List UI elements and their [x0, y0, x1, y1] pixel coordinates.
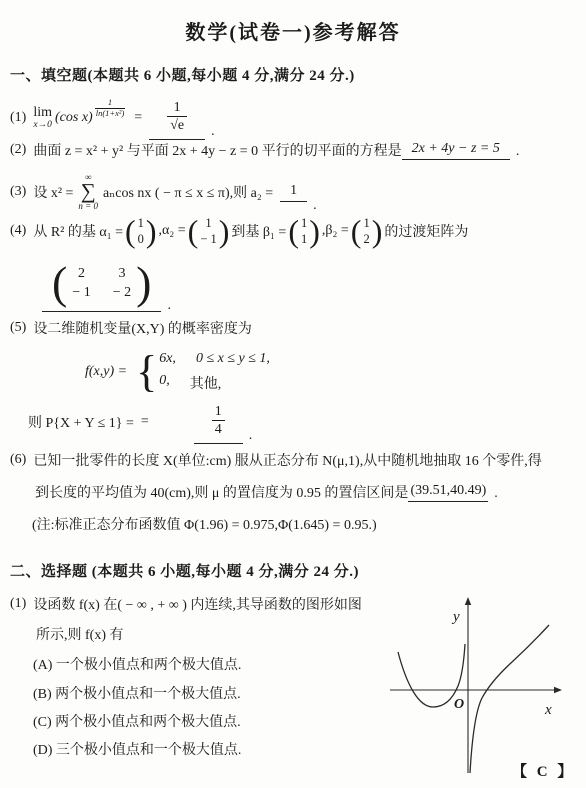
vector-alpha2: ( 1 − 1 )	[188, 215, 230, 248]
q6-period: .	[494, 486, 498, 502]
right-paren: )	[219, 215, 230, 247]
left-paren: (	[125, 215, 136, 247]
ans-denominator: √e	[167, 116, 187, 135]
sigma-symbol: ∑	[81, 182, 96, 202]
exp-numerator: 1	[108, 98, 112, 108]
vector-beta2: ( 1 2 )	[351, 215, 383, 248]
section2-question-1-line2: 所示,则 f(x) 有	[36, 624, 124, 644]
summation-construct: ∞ ∑ n = 0	[78, 173, 98, 211]
section1-heading: 一、填空题(本题共 6 小题,每小题 4 分,满分 24 分.)	[10, 64, 355, 85]
case1-condition: 0 ≤ x ≤ y ≤ 1,	[196, 351, 270, 367]
q1-base: (cos x)	[55, 110, 93, 126]
q4-label: (4)	[10, 223, 26, 239]
q6-note-text: (注:标准正态分布函数值 Φ(1.96) = 0.975,Φ(1.645) = …	[32, 514, 377, 534]
question-6-note: (注:标准正态分布函数值 Φ(1.96) = 0.975,Φ(1.645) = …	[32, 514, 377, 534]
matrix-2x2: ( 2 3 − 1 − 2 )	[42, 260, 161, 312]
vector-alpha1: ( 1 0 )	[125, 215, 157, 248]
q4-text5: 的过渡矩阵为	[384, 221, 468, 241]
s2q1-label: (1)	[10, 596, 26, 612]
y-axis-label: y	[451, 609, 460, 625]
q2-label: (2)	[10, 142, 26, 158]
y-axis-arrow-icon	[465, 597, 471, 605]
vec-entry: 2	[363, 231, 369, 247]
q4-text1: 从 R² 的基 α₁ =	[33, 221, 123, 241]
s2q1-text-line2: 所示,则 f(x) 有	[36, 624, 124, 644]
q1-equals: =	[134, 110, 142, 126]
left-paren: (	[288, 215, 299, 247]
ans-denominator: 4	[212, 420, 225, 439]
q5-equals: =	[141, 414, 149, 430]
question-4: (4) 从 R² 的基 α₁ = ( 1 0 ) ,α₂ = ( 1 − 1 )…	[10, 208, 468, 254]
question-2: (2) 曲面 z = x² + y² 与平面 2x + 4y − z = 0 平…	[10, 140, 519, 160]
right-paren: )	[372, 215, 383, 247]
curve-right-branch	[470, 625, 549, 773]
q5-label: (5)	[10, 320, 26, 336]
left-brace: {	[136, 350, 157, 394]
case2-value: 0,	[159, 373, 170, 393]
q3-answer: 1	[280, 182, 307, 202]
option-d-text: (D) 三个极小值点和一个极大值点.	[33, 739, 241, 759]
vec-entry: − 1	[200, 231, 216, 247]
matrix-cell: − 2	[113, 285, 131, 301]
option-c: (C) 两个极小值点和两个极大值点.	[33, 711, 241, 731]
q5-probability-line: 则 P{X + Y ≤ 1} = = 1 4 .	[28, 400, 252, 444]
q5-period: .	[249, 428, 253, 444]
lim-symbol: lim	[33, 106, 52, 120]
q6-text-line1: 已知一批零件的长度 X(单位:cm) 服从正态分布 N(μ,1),从中随机地抽取…	[33, 450, 541, 470]
exam-answer-sheet: 数学(试卷一)参考解答 一、填空题(本题共 6 小题,每小题 4 分,满分 24…	[0, 0, 586, 788]
left-paren: (	[52, 260, 67, 306]
vec-entry: 1	[301, 231, 307, 247]
q5-text2: 则 P{X + Y ≤ 1} =	[28, 412, 134, 432]
q3-label: (3)	[10, 184, 26, 200]
page-title: 数学(试卷一)参考解答	[0, 16, 586, 45]
q2-period: .	[516, 144, 520, 160]
q1-label: (1)	[10, 110, 26, 126]
exp-denominator: ln(1+x²)	[95, 108, 126, 119]
matrix-cell: 3	[113, 266, 131, 282]
vec-entry: 1	[205, 215, 211, 231]
answer-mark: 【 C 】	[512, 760, 575, 781]
lim-subscript: x→0	[33, 121, 51, 131]
option-a: (A) 一个极小值点和两个极大值点.	[33, 654, 241, 674]
case1-value: 6x,	[159, 351, 176, 367]
left-paren: (	[188, 215, 199, 247]
option-a-text: (A) 一个极小值点和两个极大值点.	[33, 654, 241, 674]
q4-text2: ,α₂ =	[159, 223, 186, 239]
right-paren: )	[136, 260, 151, 306]
s2q1-text-line1: 设函数 f(x) 在( − ∞ , + ∞ ) 内连续,其导函数的图形如图	[33, 594, 362, 614]
question-6-line2: 到长度的平均值为 40(cm),则 μ 的置信度为 0.95 的置信区间是 (3…	[35, 482, 498, 502]
vec-entry: 1	[363, 215, 369, 231]
section2-heading: 二、选择题 (本题共 6 小题,每小题 4 分,满分 24 分.)	[10, 560, 359, 581]
option-b: (B) 两个极小值点和一个极大值点.	[33, 683, 241, 703]
vec-entry: 0	[138, 231, 144, 247]
question-1: (1) lim x→0 (cos x) 1 ln(1+x²) = 1 √e .	[10, 96, 215, 140]
section2-question-1-line1: (1) 设函数 f(x) 在( − ∞ , + ∞ ) 内连续,其导函数的图形如…	[10, 594, 362, 614]
q2-text: 曲面 z = x² + y² 与平面 2x + 4y − z = 0 平行的切平…	[33, 140, 401, 160]
question-6-line1: (6) 已知一批零件的长度 X(单位:cm) 服从正态分布 N(μ,1),从中随…	[10, 450, 542, 470]
right-paren: )	[309, 215, 320, 247]
q6-text-line2: 到长度的平均值为 40(cm),则 μ 的置信度为 0.95 的置信区间是	[35, 482, 408, 502]
vec-entry: 1	[138, 215, 144, 231]
piecewise-cases: { 6x, 0 ≤ x ≤ y ≤ 1, 0, 其他,	[134, 350, 270, 394]
q5-answer: 1 4	[194, 401, 243, 444]
vector-beta1: ( 1 1 )	[288, 215, 320, 248]
q6-answer: (39.51,40.49)	[408, 482, 488, 502]
left-paren: (	[351, 215, 362, 247]
x-axis-label: x	[544, 702, 552, 718]
q1-exponent-fraction: 1 ln(1+x²)	[95, 98, 126, 119]
derivative-graph-figure: y O x	[383, 588, 583, 788]
option-b-text: (B) 两个极小值点和一个极大值点.	[33, 683, 241, 703]
q4-text4: ,β₂ =	[322, 223, 349, 239]
q3-pre: 设 x² =	[33, 182, 73, 202]
x-axis-arrow-icon	[554, 687, 562, 693]
ans-numerator: 1	[174, 99, 181, 117]
q5-density-function: f(x,y) = { 6x, 0 ≤ x ≤ y ≤ 1, 0, 其他,	[85, 346, 270, 398]
option-c-text: (C) 两个极小值点和两个极大值点.	[33, 711, 241, 731]
option-d: (D) 三个极小值点和一个极大值点.	[33, 739, 241, 759]
vec-entry: 1	[301, 215, 307, 231]
case2-condition: 其他,	[190, 373, 222, 393]
matrix-cell: − 1	[72, 285, 90, 301]
question-5: (5) 设二维随机变量(X,Y) 的概率密度为	[10, 318, 252, 338]
right-paren: )	[146, 215, 157, 247]
q1-answer: 1 √e	[149, 97, 205, 140]
ans-numerator: 1	[215, 403, 222, 421]
fxy-lhs: f(x,y) =	[85, 364, 127, 380]
derivative-graph: y O x	[383, 588, 583, 786]
q4-period: .	[167, 298, 171, 314]
q4-text3: 到基 β₁ =	[231, 221, 286, 241]
q1-period: .	[211, 124, 215, 140]
q6-label: (6)	[10, 452, 26, 468]
q3-post: aₙcos nx ( − π ≤ x ≤ π),则 a₂ =	[103, 182, 273, 202]
q5-text1: 设二维随机变量(X,Y) 的概率密度为	[33, 318, 252, 338]
limit-construct: lim x→0	[33, 106, 52, 131]
q4-answer-matrix: ( 2 3 − 1 − 2 ) .	[42, 258, 171, 314]
answer-fraction: 1 4	[212, 403, 225, 439]
origin-label: O	[454, 697, 464, 712]
matrix-cell: 2	[72, 266, 90, 282]
answer-fraction: 1 √e	[167, 99, 187, 135]
q2-answer: 2x + 4y − z = 5	[402, 140, 510, 160]
